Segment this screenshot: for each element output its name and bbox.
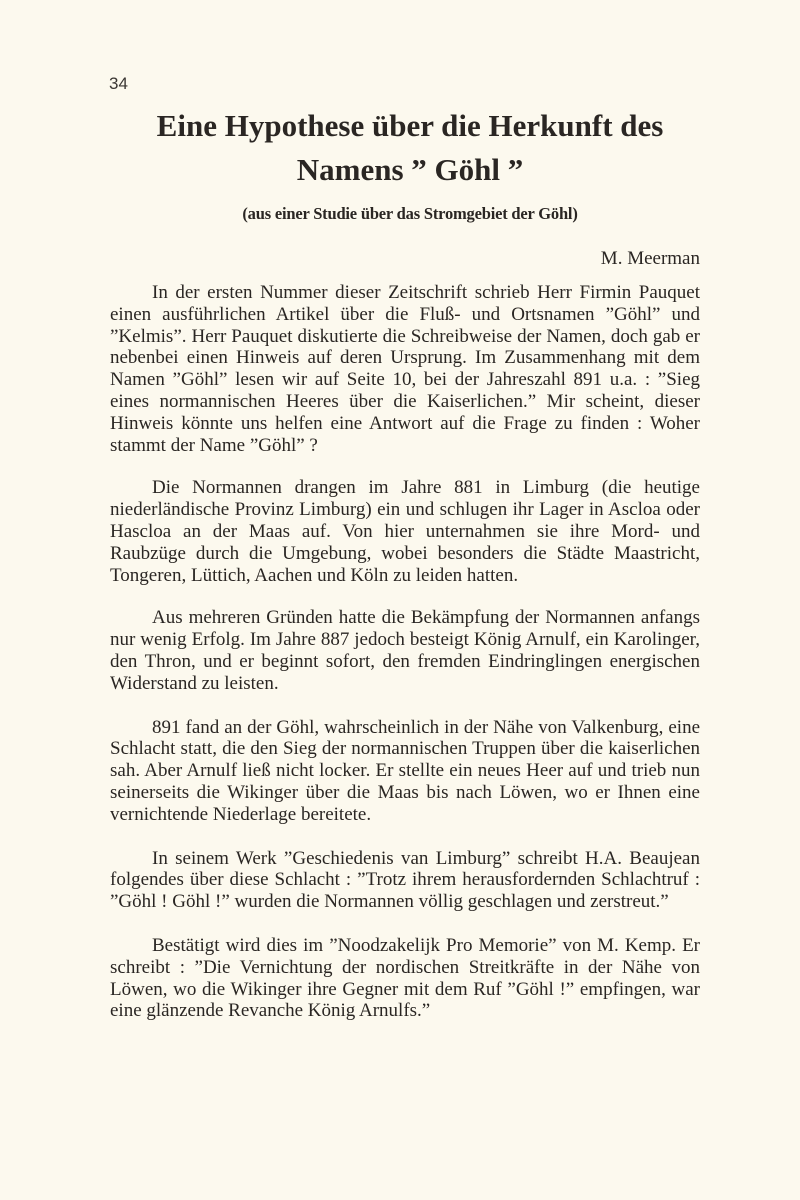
paragraph: Bestätigt wird dies im ”Noodzakelijk Pro… (110, 935, 700, 1022)
title-line-1: Eine Hypothese über die Herkunft des (157, 108, 664, 143)
article-title: Eine Hypothese über die Herkunft des Nam… (100, 104, 720, 192)
author-name: M. Meerman (601, 248, 700, 270)
paragraph: Die Normannen drangen im Jahre 881 in Li… (110, 477, 700, 586)
paragraph: In der ersten Nummer dieser Zeitschrift … (110, 282, 700, 456)
paragraph: In seinem Werk ”Geschiedenis van Limburg… (110, 848, 700, 913)
page-number: 34 (109, 74, 128, 94)
title-line-2: Namens ” Göhl ” (297, 152, 524, 187)
paragraph: 891 fand an der Göhl, wahrscheinlich in … (110, 717, 700, 826)
article-body: In der ersten Nummer dieser Zeitschrift … (110, 282, 700, 1044)
paragraph: Aus mehreren Gründen hatte die Bekämpfun… (110, 607, 700, 694)
article-subtitle: (aus einer Studie über das Stromgebiet d… (100, 203, 720, 225)
